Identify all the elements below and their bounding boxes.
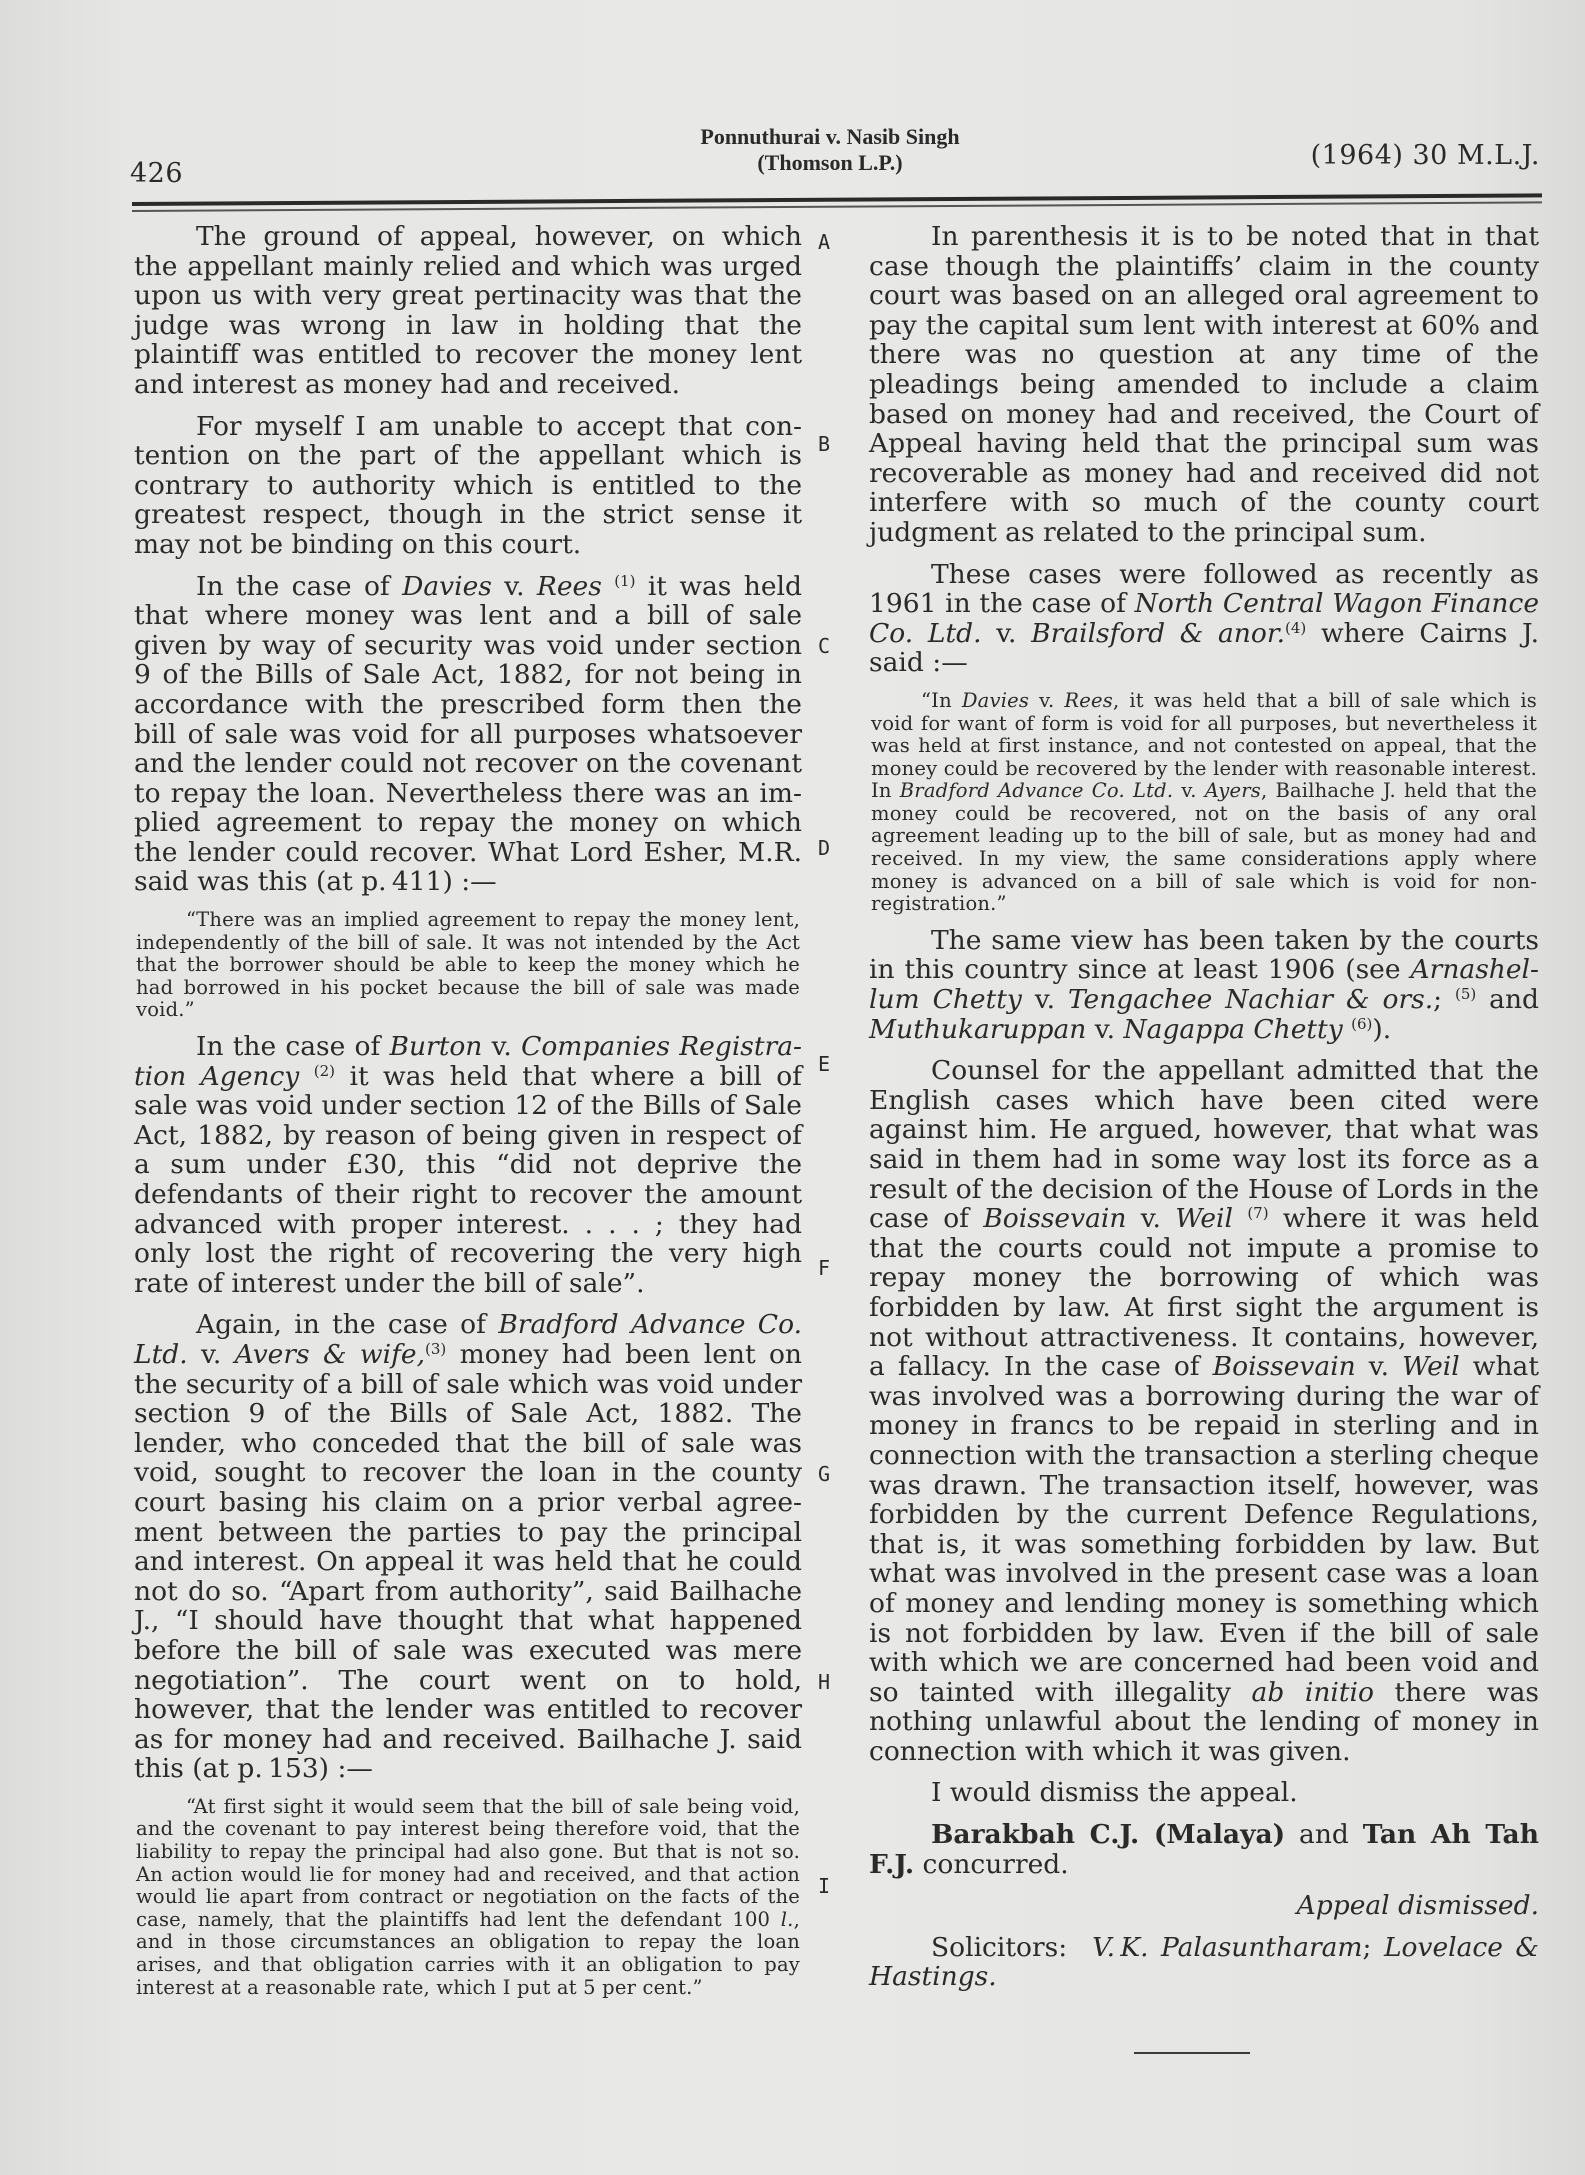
journal-citation: (1964) 30 M.L.J. — [1311, 140, 1540, 171]
quote-bailhache: “At first sight it would seem that the b… — [134, 1796, 802, 1999]
page-number: 426 — [130, 158, 183, 189]
footnote-ref: (7) — [1247, 1204, 1268, 1222]
quote-cairns: “In Davies v. Rees, it was held that a b… — [869, 690, 1539, 916]
end-of-judgment-rule — [1134, 2052, 1250, 2054]
margin-letter-c: C — [818, 634, 830, 658]
paragraph-solicitors: Solicitors: V. K. Palasuntharam; Lovelac… — [869, 1933, 1539, 1992]
margin-letter-h: H — [818, 1670, 830, 1694]
paragraph-north-central: These cases were followed as recently as… — [869, 560, 1539, 678]
footnote-ref: (3) — [425, 1340, 446, 1358]
paragraph-same-view: The same view has been taken by the cour… — [869, 926, 1539, 1044]
right-column: In parenthesis it is to be noted that in… — [869, 222, 1539, 2004]
paragraph-burton: In the case of Burton v. Companies Regis… — [134, 1032, 802, 1298]
margin-letter-g: G — [818, 1462, 830, 1486]
margin-letter-e: E — [818, 1052, 830, 1076]
footnote-ref: (6) — [1351, 1015, 1372, 1033]
paragraph-ground-of-appeal: The ground of appeal, however, on which … — [134, 222, 802, 400]
running-title: Ponnuthurai v. Nasib Singh (Thomson L.P.… — [590, 124, 1070, 176]
paragraph-concurred: Barakbah C.J. (Malaya) and Tan Ah Tah F.… — [869, 1820, 1539, 1879]
footnote-ref: (5) — [1455, 985, 1476, 1003]
margin-letter-d: D — [818, 836, 830, 860]
margin-letter-i: I — [818, 1874, 830, 1898]
margin-letter-f: F — [818, 1256, 830, 1280]
paragraph-davies-v-rees: In the case of Davies v. Rees (1) it was… — [134, 572, 802, 898]
judge-names: Barakbah C.J. (Malaya) — [931, 1819, 1285, 1850]
case-name: Avers & wife, — [235, 1339, 425, 1370]
case-name: Burton — [389, 1031, 482, 1062]
case-name: Brailsford & anor. — [1031, 618, 1285, 649]
case-name: Davies — [402, 571, 492, 602]
margin-letter-a: A — [818, 230, 830, 254]
page-header: 426 Ponnuthurai v. Nasib Singh (Thomson … — [130, 120, 1540, 200]
footnote-ref: (4) — [1285, 619, 1306, 637]
footnote-ref: (2) — [314, 1062, 335, 1080]
left-column: The ground of appeal, however, on which … — [134, 222, 802, 2009]
running-title-parties: Ponnuthurai v. Nasib Singh — [590, 124, 1070, 150]
paragraph-parenthesis: In parenthesis it is to be noted that in… — [869, 222, 1539, 548]
footnote-ref: (1) — [614, 572, 635, 590]
paragraph-counsel: Counsel for the appellant admitted that … — [869, 1056, 1539, 1766]
margin-letter-b: B — [818, 432, 830, 456]
document-page: 426 Ponnuthurai v. Nasib Singh (Thomson … — [0, 0, 1585, 2175]
running-title-judge: (Thomson L.P.) — [590, 150, 1070, 176]
paragraph-bradford: Again, in the case of Bradford Advance C… — [134, 1310, 802, 1784]
quote-lord-esher: “There was an implied agreement to repay… — [134, 909, 802, 1022]
paragraph-dismiss: I would dismiss the appeal. — [869, 1778, 1539, 1808]
case-name: Rees — [537, 571, 602, 602]
result-appeal-dismissed: Appeal dismissed. — [869, 1891, 1539, 1921]
paragraph-for-myself: For myself I am unable to accept that co… — [134, 412, 802, 560]
